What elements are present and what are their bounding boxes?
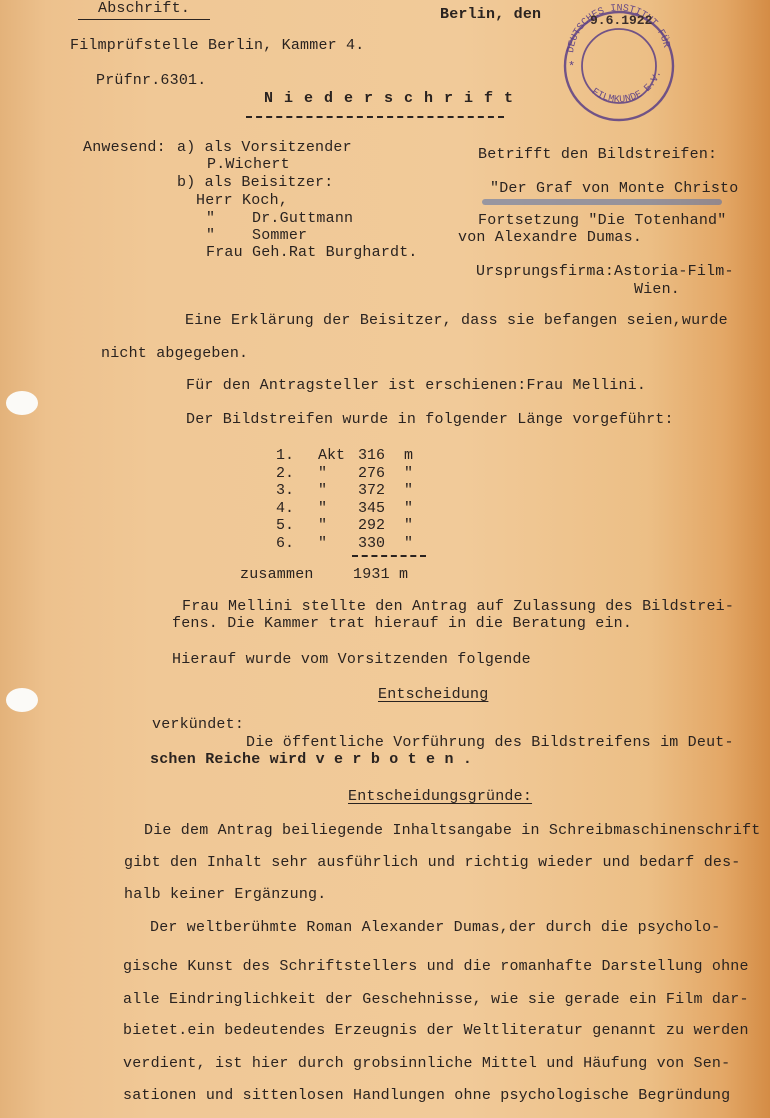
punch-hole-bottom bbox=[6, 688, 38, 712]
reasons-line-4: Der weltberühmte Roman Alexander Dumas,d… bbox=[150, 919, 721, 937]
reel-number: 6. bbox=[276, 535, 318, 553]
para-1-line-1: Eine Erklärung der Beisitzer, dass sie b… bbox=[185, 312, 728, 330]
svg-text:FILMKUNDE E.V.: FILMKUNDE E.V. bbox=[589, 69, 664, 106]
assessor-2: " Dr.Guttmann bbox=[206, 210, 353, 228]
reel-length: 276 bbox=[358, 465, 404, 483]
reel-row: 4."345" bbox=[276, 500, 413, 518]
decision-line-2: schen Reiche wird v e r b o t e n . bbox=[150, 751, 472, 769]
svg-text:*: * bbox=[568, 60, 575, 74]
para-2: Für den Antragsteller ist erschienen:Fra… bbox=[186, 377, 646, 395]
reasons-line-1: Die dem Antrag beiliegende Inhaltsangabe… bbox=[144, 822, 761, 840]
reel-row: 6."330" bbox=[276, 535, 413, 553]
reel-unit: " bbox=[318, 500, 358, 518]
reel-total-value: 1931 m bbox=[353, 566, 408, 584]
para-5: Hierauf wurde vom Vorsitzenden folgende bbox=[172, 651, 531, 669]
doc-title-underline bbox=[246, 116, 504, 118]
reasons-line-3: halb keiner Ergänzung. bbox=[124, 886, 326, 904]
attendees-label: Anwesend: bbox=[83, 139, 166, 157]
reel-total-label: zusammen bbox=[240, 566, 314, 584]
blue-pencil-mark bbox=[482, 199, 722, 205]
reel-unit: " bbox=[318, 465, 358, 483]
assessors-label: b) als Beisitzer: bbox=[177, 174, 333, 192]
exam-number: Prüfnr.6301. bbox=[96, 72, 206, 90]
reel-length: 372 bbox=[358, 482, 404, 500]
subject-label: Betrifft den Bildstreifen: bbox=[478, 146, 717, 164]
reasons-line-6: alle Eindringlichkeit der Geschehnisse, … bbox=[123, 991, 749, 1009]
reel-unit: " bbox=[318, 482, 358, 500]
chair-label: a) als Vorsitzender bbox=[177, 139, 352, 157]
announced-label: verkündet: bbox=[152, 716, 244, 734]
para-3: Der Bildstreifen wurde in folgender Läng… bbox=[186, 411, 674, 429]
stamp-date: 9.6.1922 bbox=[590, 13, 653, 28]
film-title: "Der Graf von Monte Christo bbox=[490, 180, 738, 198]
reel-number: 4. bbox=[276, 500, 318, 518]
reel-row: 1.Akt316m bbox=[276, 447, 413, 465]
para-4-line-2: fens. Die Kammer trat hierauf in die Ber… bbox=[172, 615, 632, 633]
reel-suffix: " bbox=[404, 500, 413, 517]
film-author: von Alexandre Dumas. bbox=[458, 229, 642, 247]
reel-suffix: " bbox=[404, 465, 413, 482]
reel-suffix: " bbox=[404, 482, 413, 499]
reasons-line-5: gische Kunst des Schriftstellers und die… bbox=[123, 958, 749, 976]
reel-number: 2. bbox=[276, 465, 318, 483]
reasons-line-7: bietet.ein bedeutendes Erzeugnis der Wel… bbox=[123, 1022, 749, 1040]
office-line: Filmprüfstelle Berlin, Kammer 4. bbox=[70, 37, 364, 55]
decision-heading: Entscheidung bbox=[378, 686, 488, 704]
reel-unit: Akt bbox=[318, 447, 358, 465]
reasons-heading: Entscheidungsgründe: bbox=[348, 788, 532, 806]
doc-title: N i e d e r s c h r i f t bbox=[264, 90, 514, 108]
reel-total-rule bbox=[352, 555, 426, 557]
film-continuation: Fortsetzung "Die Totenhand" bbox=[478, 212, 726, 230]
company-line-1: Ursprungsfirma:Astoria-Film- bbox=[476, 263, 734, 281]
punch-hole-top bbox=[6, 391, 38, 415]
reel-length: 292 bbox=[358, 517, 404, 535]
reel-unit: " bbox=[318, 517, 358, 535]
reel-row: 3."372" bbox=[276, 482, 413, 500]
place-date: Berlin, den bbox=[440, 6, 541, 24]
reel-length: 345 bbox=[358, 500, 404, 518]
reel-row: 2."276" bbox=[276, 465, 413, 483]
reel-number: 1. bbox=[276, 447, 318, 465]
chair-name: P.Wichert bbox=[207, 156, 290, 174]
decision-line-1: Die öffentliche Vorführung des Bildstrei… bbox=[246, 734, 734, 752]
document-page: Abschrift. Berlin, den Filmprüfstelle Be… bbox=[0, 0, 770, 1118]
reel-number: 3. bbox=[276, 482, 318, 500]
reel-suffix: m bbox=[404, 447, 413, 464]
copy-label: Abschrift. bbox=[98, 0, 190, 18]
para-1-line-2: nicht abgegeben. bbox=[101, 345, 248, 363]
reel-suffix: " bbox=[404, 517, 413, 534]
company-line-2: Wien. bbox=[634, 281, 680, 299]
reel-number: 5. bbox=[276, 517, 318, 535]
assessor-4: Frau Geh.Rat Burghardt. bbox=[206, 244, 418, 262]
para-4-line-1: Frau Mellini stellte den Antrag auf Zula… bbox=[182, 598, 734, 616]
reasons-line-8: verdient, ist hier durch grobsinnliche M… bbox=[123, 1055, 730, 1073]
assessor-1: Herr Koch, bbox=[196, 192, 288, 210]
institute-stamp: DEUTSCHES INSTITUT FÜR FILMKUNDE E.V. * … bbox=[560, 4, 678, 122]
reasons-line-2: gibt den Inhalt sehr ausführlich und ric… bbox=[124, 854, 741, 872]
reel-row: 5."292" bbox=[276, 517, 413, 535]
reasons-line-9: sationen und sittenlosen Handlungen ohne… bbox=[123, 1087, 730, 1105]
reel-length: 330 bbox=[358, 535, 404, 553]
reel-unit: " bbox=[318, 535, 358, 553]
reel-length: 316 bbox=[358, 447, 404, 465]
reel-suffix: " bbox=[404, 535, 413, 552]
assessor-3: " Sommer bbox=[206, 227, 307, 245]
copy-label-underline bbox=[78, 19, 210, 20]
